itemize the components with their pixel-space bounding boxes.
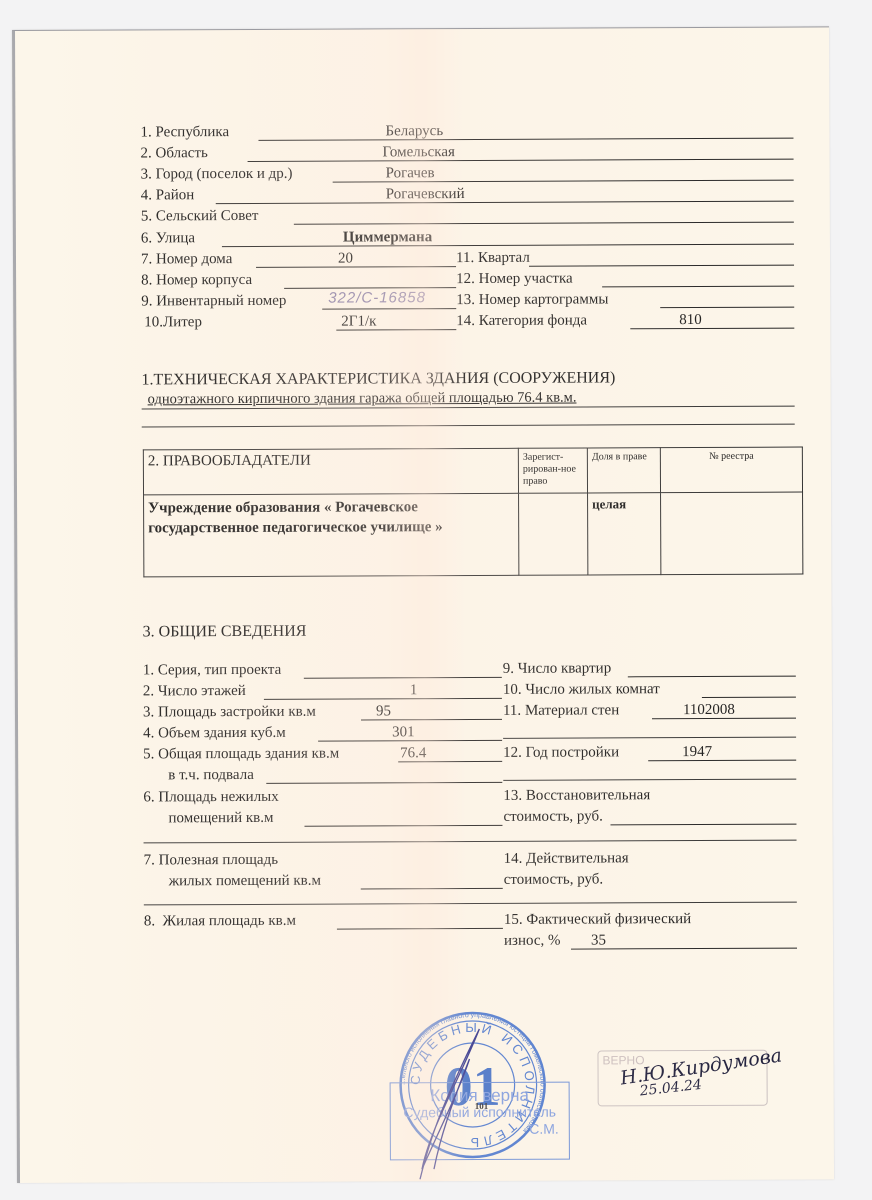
general-rooms: 10. Число жилых комнат <box>503 679 660 700</box>
general-year-built-line <box>648 744 796 762</box>
owner-name: Учреждение образования « Рогачевское гос… <box>144 493 519 577</box>
general-useful-area: 7. Полезная площадь <box>144 850 279 871</box>
signature-scribble-icon <box>399 1019 500 1189</box>
general-total-area-value: 76.4 <box>400 744 426 762</box>
field-quarter: 11. Квартал <box>456 248 530 268</box>
field-cartogram-number: 13. Номер картограммы <box>456 289 608 310</box>
field-village-council: 5. Сельский Совет <box>141 206 259 227</box>
field-cartogram-number-line <box>660 291 794 309</box>
section3-title: 3. ОБЩИЕ СВЕДЕНИЯ <box>143 622 307 643</box>
owners-title: 2. ПРАВООБЛАДАТЕЛИ <box>143 448 518 495</box>
field-fund-category-value: 810 <box>679 311 702 329</box>
general-replacement-cost: 13. Восстановительная <box>503 785 650 806</box>
field-fund-category-line <box>630 312 794 330</box>
field-plot-number: 12. Номер участка <box>456 269 573 290</box>
field-quarter-line <box>529 249 794 267</box>
section1-title: 1.ТЕХНИЧЕСКАЯ ХАРАКТЕРИСТИКА ЗДАНИЯ (СОО… <box>141 368 615 390</box>
field-village-council-line <box>294 206 794 225</box>
field-fund-category: 14. Категория фонда <box>456 310 587 331</box>
field-house-number-value: 20 <box>338 250 353 268</box>
general-actual-cost-2: стоимость, руб. <box>504 869 604 889</box>
general-living-area: 8. Жилая площадь кв.м <box>144 911 296 932</box>
general-basement: в т.ч. подвала <box>168 765 254 785</box>
field-region: 2. Область <box>140 143 207 163</box>
field-street-line <box>222 228 794 247</box>
owners-table-row: Учреждение образования « Рогачевское гос… <box>144 492 803 577</box>
field-house-number-line <box>256 250 456 268</box>
field-house-number: 7. Номер дома <box>141 249 232 269</box>
general-replacement-cost-line <box>610 808 796 826</box>
owners-table: 2. ПРАВООБЛАДАТЕЛИ Зарегист-рирован-ное … <box>143 447 804 578</box>
field-republic: 1. Республика <box>140 122 229 142</box>
field-region-value: Гомельская <box>382 143 454 161</box>
general-physical-wear-value: 35 <box>591 931 606 949</box>
col-share: Доля в праве <box>587 448 660 493</box>
general-volume-value: 301 <box>392 723 415 741</box>
field-inventory-number: 9. Инвентарный номер <box>141 291 286 312</box>
field-city: 3. Город (поселок и др.) <box>141 164 293 185</box>
field-district-value: Рогачевский <box>386 185 465 203</box>
section1-description: одноэтажного кирпичного здания гаража об… <box>142 390 577 408</box>
general-project-series-line <box>304 661 502 679</box>
owners-table-header: 2. ПРАВООБЛАДАТЕЛИ Зарегист-рирован-ное … <box>143 447 802 495</box>
field-republic-line <box>258 122 793 141</box>
general-nonresidential-area-line <box>304 809 502 827</box>
field-region-line <box>248 143 794 162</box>
general-built-area: 3. Площадь застройки кв.м <box>143 702 316 723</box>
document-page: 1. Республика Беларусь 2. Область Гомель… <box>12 26 834 1183</box>
field-street-value: Циммермана <box>343 228 432 246</box>
general-wall-material: 11. Материал стен <box>503 700 619 721</box>
general-wall-material-extra-line <box>503 737 796 739</box>
section1-description-line: одноэтажного кирпичного здания гаража об… <box>142 388 795 410</box>
general-divider-2 <box>144 902 797 906</box>
field-building-number-line <box>284 271 456 289</box>
field-street: 6. Улица <box>141 228 195 248</box>
field-liter: 10.Литер <box>144 312 202 332</box>
general-year-built-value: 1947 <box>682 743 712 761</box>
general-built-area-value: 95 <box>376 702 391 720</box>
general-divider-1 <box>144 840 797 844</box>
general-replacement-cost-2: стоимость, руб. <box>503 806 603 826</box>
section1-blank-line <box>142 424 795 428</box>
general-nonresidential-area: 6. Площадь нежилых <box>143 787 278 808</box>
general-actual-cost: 14. Действительная <box>504 848 629 869</box>
owner-registered <box>519 493 588 575</box>
general-total-area: 5. Общая площадь здания кв.м <box>143 744 339 765</box>
col-registry-number: № реестра <box>660 447 802 493</box>
general-year-built-extra-line <box>503 779 796 781</box>
general-wall-material-value: 1102008 <box>683 701 735 719</box>
general-physical-wear: 15. Фактический физический <box>504 909 691 930</box>
general-floors-value: 1 <box>410 681 418 699</box>
general-nonresidential-area-2: помещений кв.м <box>168 808 273 828</box>
general-useful-area-line <box>361 872 503 890</box>
col-registered-right: Зарегист-рирован-ное право <box>518 448 587 493</box>
general-floors: 2. Число этажей <box>143 681 246 701</box>
general-rooms-line <box>702 681 796 698</box>
field-liter-value: 2Г1/к <box>341 312 376 330</box>
owner-registry <box>661 492 803 575</box>
general-project-series: 1. Серия, тип проекта <box>143 660 282 681</box>
general-basement-line <box>266 766 502 784</box>
field-district-line <box>216 185 794 205</box>
field-building-number: 8. Номер корпуса <box>141 270 252 290</box>
general-useful-area-2: жилых помещений кв.м <box>169 871 321 892</box>
field-inventory-number-value: 322/С-16858 <box>328 289 426 307</box>
field-plot-number-line <box>602 270 794 288</box>
general-volume: 4. Объем здания куб.м <box>143 723 286 744</box>
general-floors-line <box>264 682 502 700</box>
general-physical-wear-2: износ, % <box>504 931 561 951</box>
field-city-value: Рогачев <box>386 164 435 182</box>
general-living-area-line <box>337 912 503 930</box>
field-district: 4. Район <box>141 185 195 205</box>
general-apartments: 9. Число квартир <box>503 658 611 678</box>
general-year-built: 12. Год постройки <box>503 742 619 763</box>
general-apartments-line <box>628 660 796 678</box>
owner-share: целая <box>588 493 661 575</box>
field-republic-value: Беларусь <box>385 122 443 140</box>
